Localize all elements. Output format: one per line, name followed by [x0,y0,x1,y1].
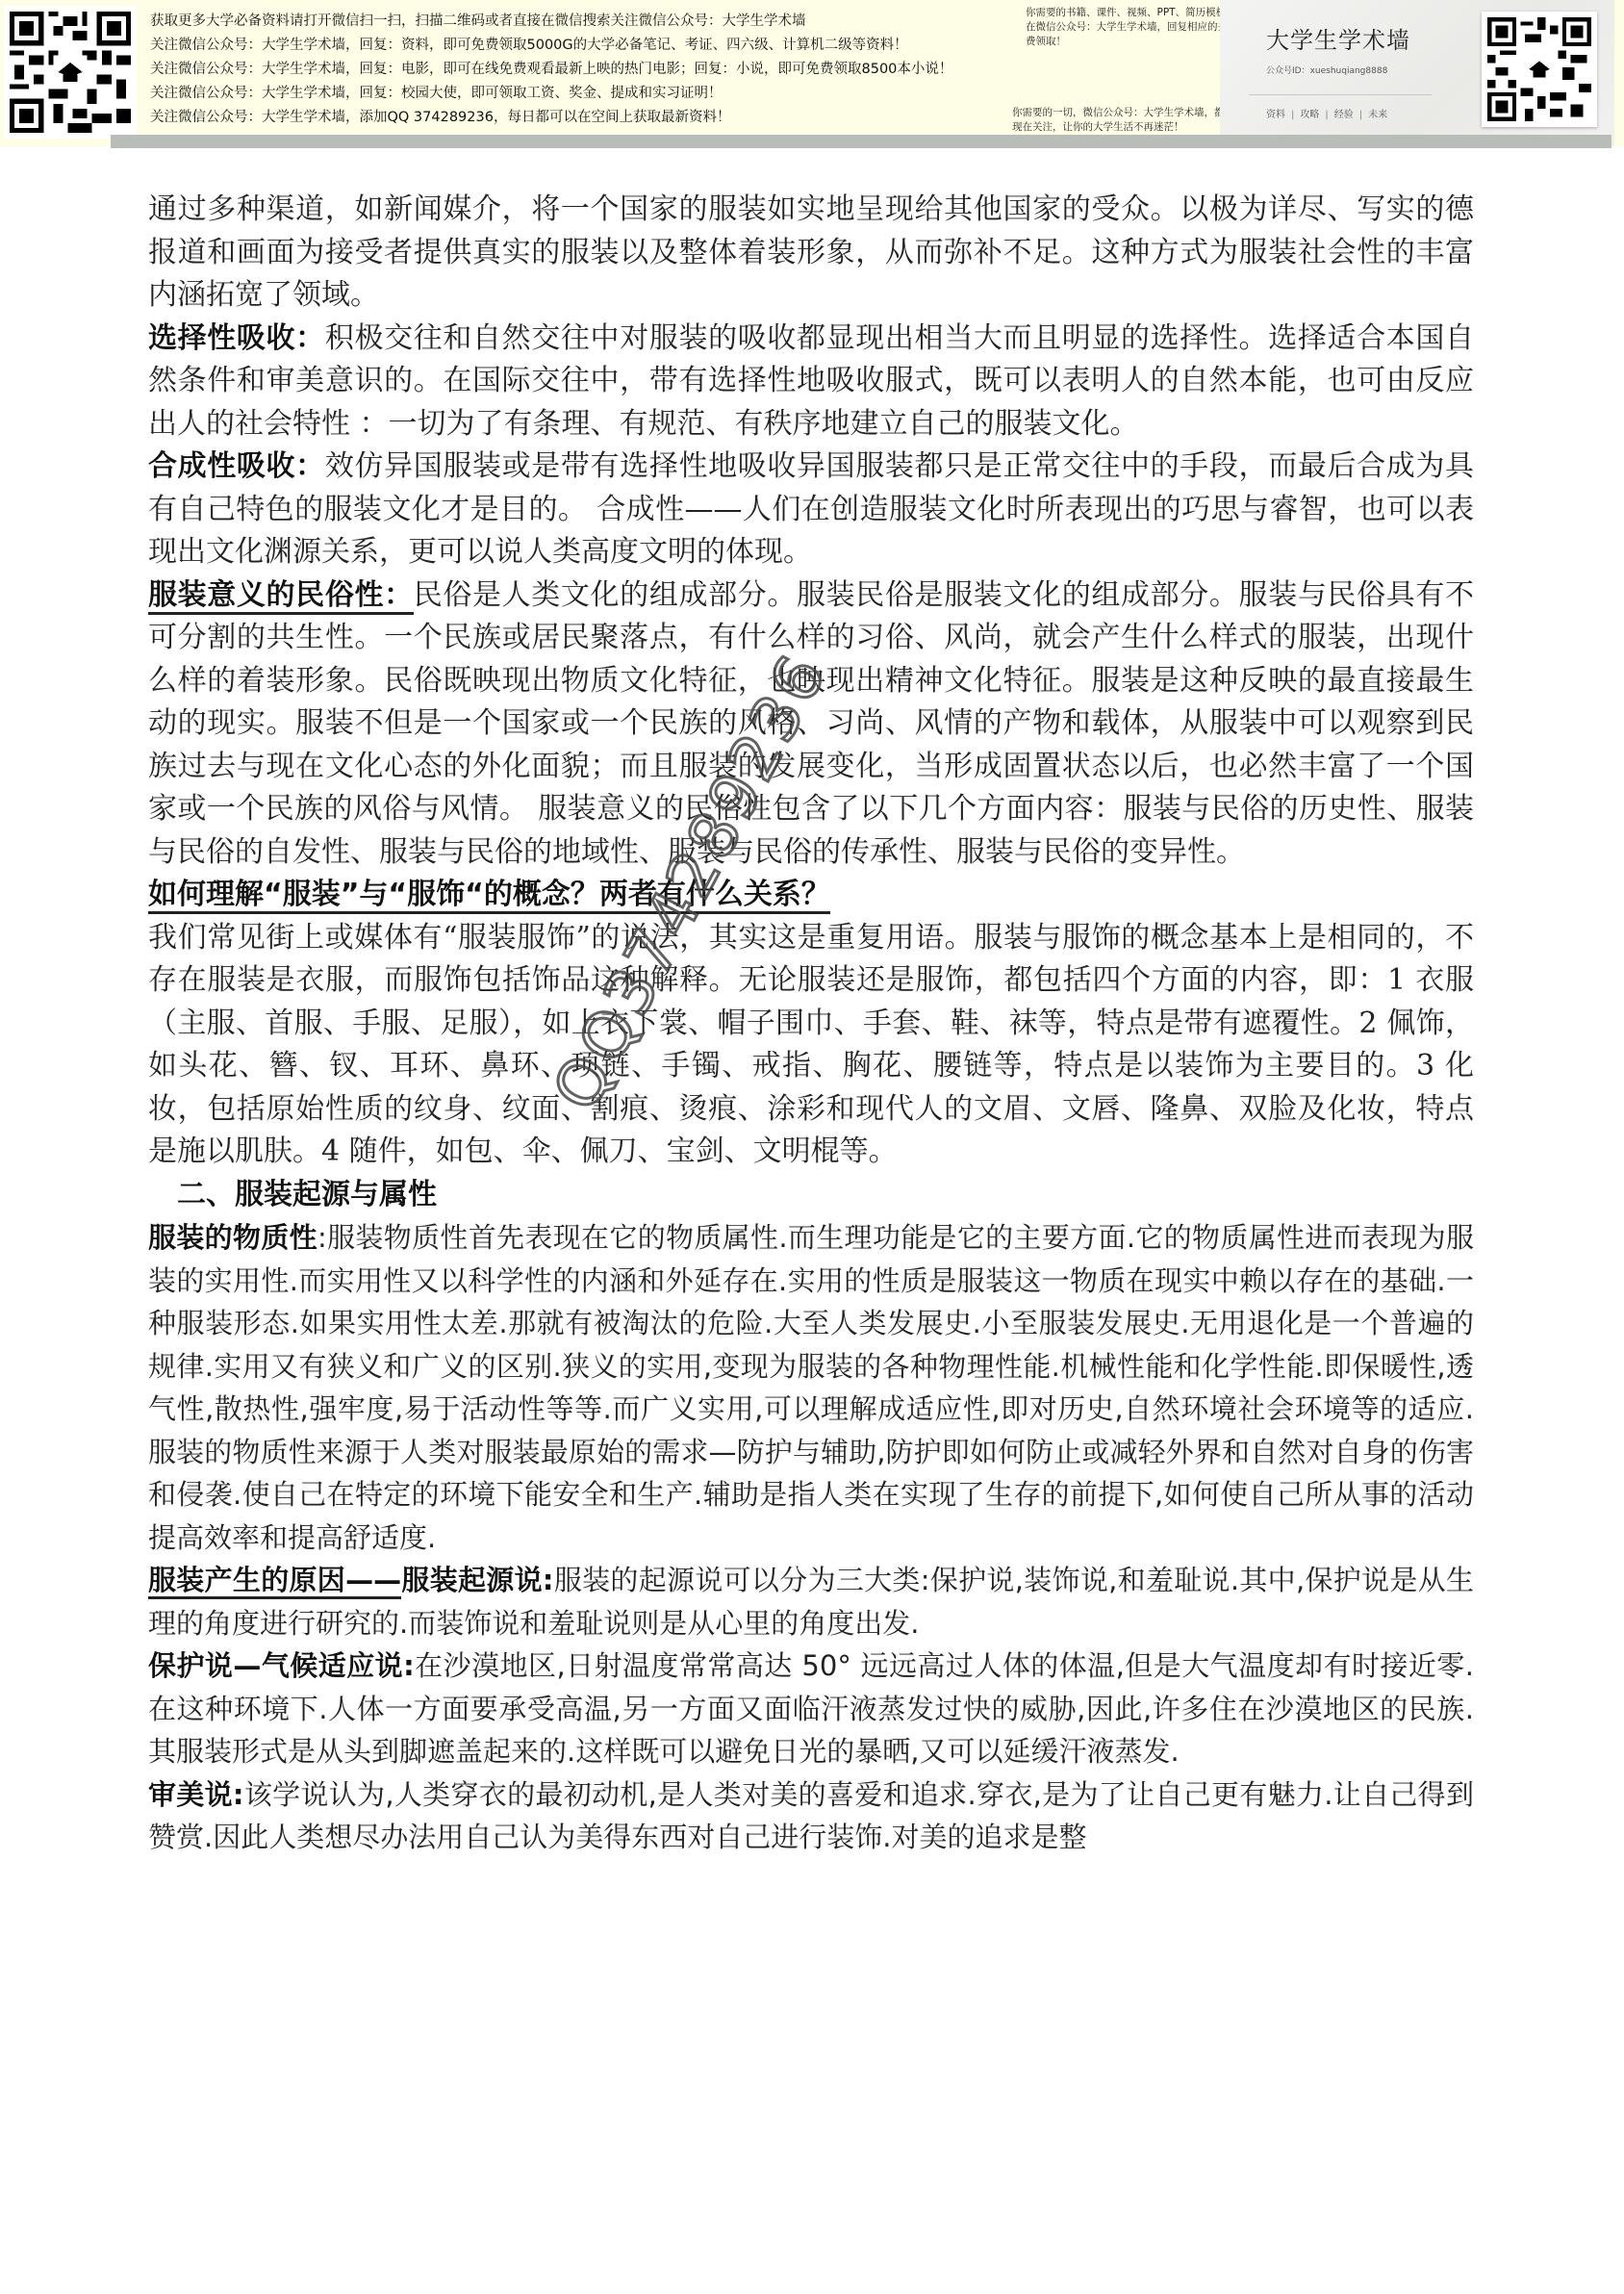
document-body: 通过多种渠道，如新闻媒介，将一个国家的服装如实地呈现给其他国家的受众。以极为详尽… [148,189,1474,1859]
separator: | [1359,110,1362,120]
tag: 资料 [1266,110,1285,120]
section-heading: 二、服装起源与属性 [148,1174,1474,1217]
term-heading: 服装意义的民俗性： [148,578,414,615]
account-name: 大学生学术墙 [1266,21,1410,55]
term-heading: 保护说—气候适应说: [148,1649,415,1682]
paragraph-text: :服装物质性首先表现在它的物质属性.而生理功能是它的主要方面.它的物质属性进而表… [148,1221,1474,1554]
paragraph-folk-custom: 服装意义的民俗性：民俗是人类文化的组成部分。服装民俗是服装文化的组成部分。服装与… [148,574,1474,875]
term-heading: 服装起源说: [401,1564,553,1596]
paragraph-protection-theory: 保护说—气候适应说:在沙漠地区,日射温度常常高达 50° 远远高过人体的体温,但… [148,1644,1474,1773]
paragraph: 我们常见街上或媒体有“服装服饰”的说法，其实这是重复用语。服装与服饰的概念基本上… [148,917,1474,1174]
ad-text-lines: 获取更多大学必备资料请打开微信扫一扫，扫描二维码或者直接在微信搜索关注微信公众号… [150,10,1016,130]
paragraph-origin: 服装产生的原因——服装起源说:服装的起源说可以分为三大类:保护说,装饰说,和羞耻… [148,1559,1474,1644]
paragraph-synthetic-absorption: 合成性吸收：效仿异国服装或是带有选择性地吸收异国服装都只是正常交往中的手段，而最… [148,446,1474,574]
paragraph-materiality: 服装的物质性:服装物质性首先表现在它的物质属性.而生理功能是它的主要方面.它的物… [148,1216,1474,1559]
paragraph-selective-absorption: 选择性吸收：积极交往和自然交往中对服装的吸收都显现出相当大而且明显的选择性。选择… [148,318,1474,446]
ad-line: 关注微信公众号：大学生学术墙，回复：校园大使，即可领取工资、奖金、提成和实习证明… [150,82,1016,106]
paragraph-text: 效仿异国服装或是带有选择性地吸收异国服装都只是正常交往中的手段，而最后合成为具有… [148,449,1474,569]
separator: | [1325,110,1328,120]
divider [1249,94,1432,95]
ad-line: 关注微信公众号：大学生学术墙，回复：电影，即可在线免费观看最新上映的热门电影；回… [150,58,1016,82]
qr-code-icon [1482,12,1597,127]
ad-line: 关注微信公众号：大学生学术墙，添加QQ 374289236，每日都可以在空间上获… [150,106,1016,130]
paragraph-text: 民俗是人类文化的组成部分。服装民俗是服装文化的组成部分。服装与民俗具有不可分割的… [148,578,1474,869]
question-heading: 如何理解“服装”与“服饰“的概念？两者有什么关系？ [148,874,1474,917]
question-text: 如何理解“服装”与“服饰“的概念？两者有什么关系？ [148,878,830,914]
paragraph-text: 该学说认为,人类穿衣的最初动机,是人类对美的喜爱和追求.穿衣,是为了让自己更有魅… [148,1778,1474,1854]
term-heading: 合成性吸收： [148,449,325,483]
term-heading: 审美说: [148,1778,244,1811]
separator: | [1291,110,1294,120]
ad-line: 关注微信公众号：大学生学术墙，回复：资料，即可免费领取5000G的大学必备笔记、… [150,34,1016,58]
paragraph-text: 积极交往和自然交往中对服装的吸收都显现出相当大而且明显的选择性。选择适合本国自然… [148,321,1474,441]
term-heading: 选择性吸收： [148,321,325,355]
ad-side-text-bottom: 你需要的一切，微信公众号：大学生学术墙，都有！现在关注，让你的大学生活不再迷茫！ [1012,106,1253,135]
account-tags: 资料|攻略|经验|未来 [1266,106,1387,120]
term-heading: 服装的物质性 [148,1221,317,1254]
ad-banner: 获取更多大学必备资料请打开微信扫一扫，扫描二维码或者直接在微信搜索关注微信公众号… [0,0,1624,146]
tag: 经验 [1334,110,1354,120]
paragraph-aesthetic-theory: 审美说:该学说认为,人类穿衣的最初动机,是人类对美的喜爱和追求.穿衣,是为了让自… [148,1773,1474,1859]
banner-strip [111,135,1611,148]
ad-line: 获取更多大学必备资料请打开微信扫一扫，扫描二维码或者直接在微信搜索关注微信公众号… [150,10,1016,34]
paragraph: 通过多种渠道，如新闻媒介，将一个国家的服装如实地呈现给其他国家的受众。以极为详尽… [148,189,1474,318]
tag: 未来 [1368,110,1387,120]
term-heading-underlined: 服装产生的原因—— [148,1564,401,1599]
tag: 攻略 [1300,110,1319,120]
account-id: 公众号ID：xueshuqiang8888 [1266,64,1387,76]
qr-code-icon [4,6,137,139]
